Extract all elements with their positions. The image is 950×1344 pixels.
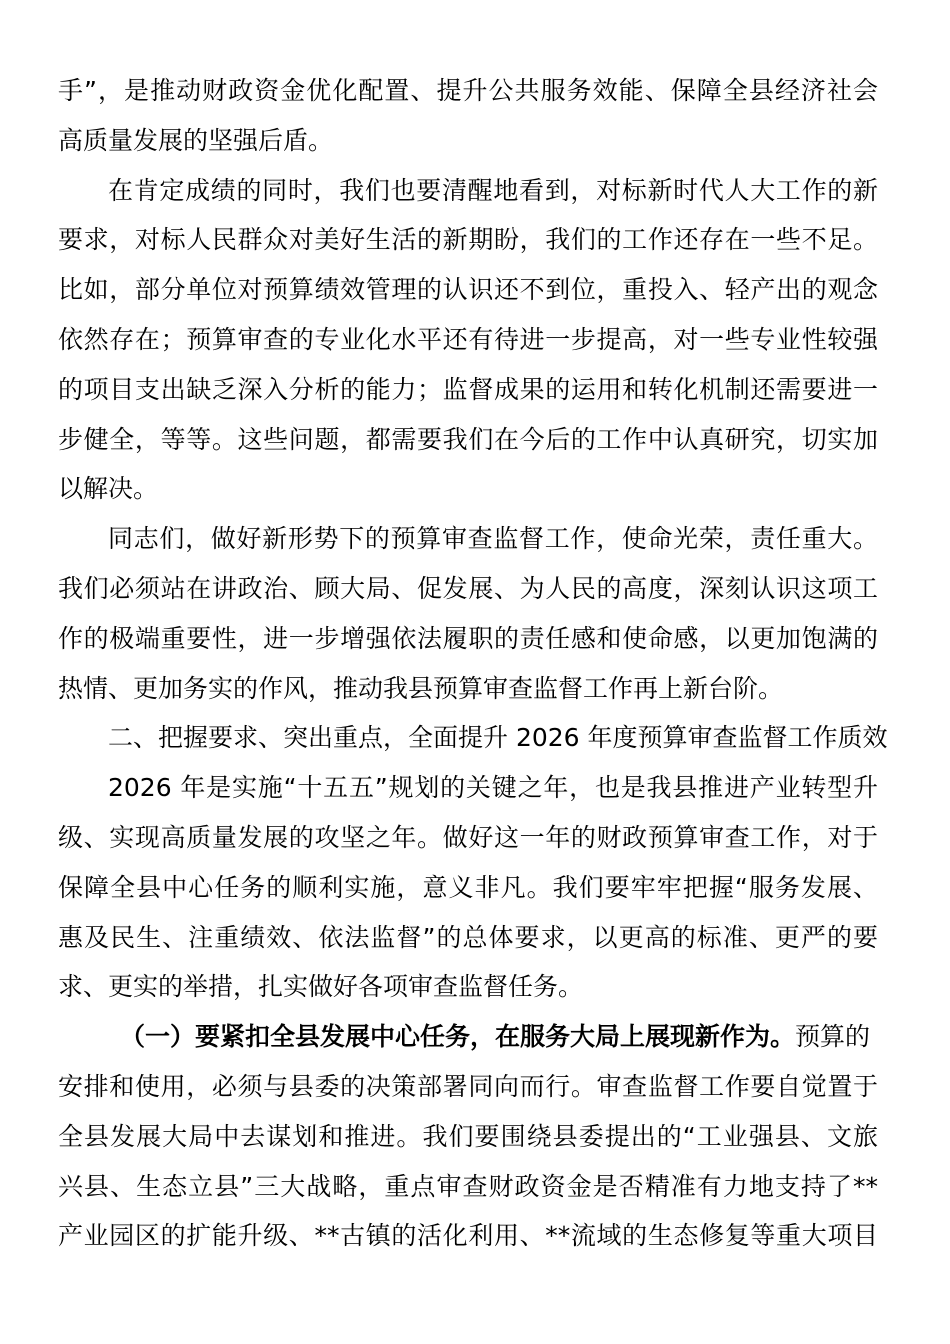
section-heading: 二、把握要求、突出重点，全面提升 2026 年度预算审查监督工作质效 <box>58 713 878 763</box>
text-line: 要求，对标人民群众对美好生活的新期盼，我们的工作还存在一些不足。 <box>58 215 878 265</box>
text-line: 安排和使用，必须与县委的决策部署同向而行。审查监督工作要自觉置于 <box>58 1062 878 1112</box>
text-line: 高质量发展的坚强后盾。 <box>58 116 878 166</box>
text-line: 以解决。 <box>58 464 878 514</box>
text-line: 在肯定成绩的同时，我们也要清醒地看到，对标新时代人大工作的新 <box>58 166 878 216</box>
text-line: 步健全，等等。这些问题，都需要我们在今后的工作中认真研究，切实加 <box>58 415 878 465</box>
text-line: 产业园区的扩能升级、**古镇的活化利用、**流域的生态修复等重大项目 <box>58 1211 878 1261</box>
text-line: 依然存在；预算审查的专业化水平还有待进一步提高，对一些专业性较强 <box>58 315 878 365</box>
text-line: 级、实现高质量发展的攻坚之年。做好这一年的财政预算审查工作，对于 <box>58 813 878 863</box>
paragraph-3: 同志们，做好新形势下的预算审查监督工作，使命光荣，责任重大。 我们必须站在讲政治… <box>58 514 878 713</box>
paragraph-2: 在肯定成绩的同时，我们也要清醒地看到，对标新时代人大工作的新 要求，对标人民群众… <box>58 166 878 515</box>
text-line: 2026 年是实施“十五五”规划的关键之年，也是我县推进产业转型升 <box>58 763 878 813</box>
text-line: 手”，是推动财政资金优化配置、提升公共服务效能、保障全县经济社会 <box>58 66 878 116</box>
text-line: 的项目支出缺乏深入分析的能力；监督成果的运用和转化机制还需要进一 <box>58 365 878 415</box>
text-line: （一）要紧扣全县发展中心任务，在服务大局上展现新作为。预算的 <box>58 1012 878 1062</box>
text-line: 全县发展大局中去谋划和推进。我们要围绕县委提出的“工业强县、文旅 <box>58 1112 878 1162</box>
paragraph-1: 手”，是推动财政资金优化配置、提升公共服务效能、保障全县经济社会 高质量发展的坚… <box>58 66 878 166</box>
paragraph-4: 2026 年是实施“十五五”规划的关键之年，也是我县推进产业转型升 级、实现高质… <box>58 763 878 1012</box>
text-line: 惠及民生、注重绩效、依法监督”的总体要求，以更高的标准、更严的要 <box>58 913 878 963</box>
paragraph-5: （一）要紧扣全县发展中心任务，在服务大局上展现新作为。预算的 安排和使用，必须与… <box>58 1012 878 1261</box>
text-run: 预算的 <box>795 1022 870 1051</box>
text-line: 求、更实的举措，扎实做好各项审查监督任务。 <box>58 962 878 1012</box>
document-page: 手”，是推动财政资金优化配置、提升公共服务效能、保障全县经济社会 高质量发展的坚… <box>58 66 878 1261</box>
text-line: 我们必须站在讲政治、顾大局、促发展、为人民的高度，深刻认识这项工 <box>58 564 878 614</box>
text-line: 保障全县中心任务的顺利实施，意义非凡。我们要牢牢把握“服务发展、 <box>58 863 878 913</box>
text-line: 同志们，做好新形势下的预算审查监督工作，使命光荣，责任重大。 <box>58 514 878 564</box>
text-line: 比如，部分单位对预算绩效管理的认识还不到位，重投入、轻产出的观念 <box>58 265 878 315</box>
text-line: 兴县、生态立县”三大战略，重点审查财政资金是否精准有力地支持了** <box>58 1162 878 1212</box>
subsection-heading: （一）要紧扣全县发展中心任务，在服务大局上展现新作为。 <box>120 1022 795 1051</box>
section-heading-2: 二、把握要求、突出重点，全面提升 2026 年度预算审查监督工作质效 <box>58 713 878 763</box>
text-line: 作的极端重要性，进一步增强依法履职的责任感和使命感，以更加饱满的 <box>58 614 878 664</box>
text-line: 热情、更加务实的作风，推动我县预算审查监督工作再上新台阶。 <box>58 664 878 714</box>
